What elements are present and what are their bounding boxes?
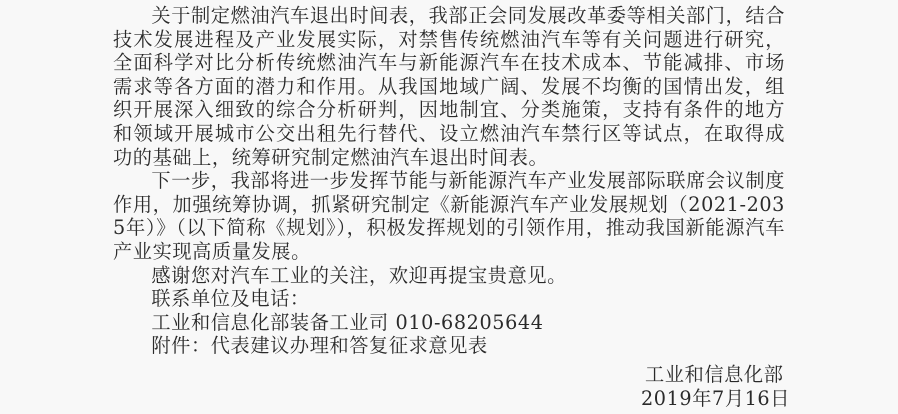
signature-date: 2019年7月16日 — [641, 387, 790, 411]
contact-label: 联系单位及电话： — [113, 287, 785, 311]
signature-organization: 工业和信息化部 — [645, 363, 790, 387]
paragraph-next-step: 下一步，我部将进一步发挥节能与新能源汽车产业发展部际联席会议制度作用，加强统筹协… — [113, 169, 785, 263]
paragraph-timeline: 关于制定燃油汽车退出时间表，我部正会同发展改革委等相关部门，结合技术发展进程及产… — [113, 4, 785, 169]
signature-block: 工业和信息化部 2019年7月16日 — [645, 363, 790, 410]
document-body: 关于制定燃油汽车退出时间表，我部正会同发展改革委等相关部门，结合技术发展进程及产… — [113, 4, 785, 358]
contact-info: 工业和信息化部装备工业司 010-68205644 — [113, 311, 785, 335]
thanks-line: 感谢您对汽车工业的关注，欢迎再提宝贵意见。 — [113, 264, 785, 288]
attachment-line: 附件：代表建议办理和答复征求意见表 — [113, 334, 785, 358]
